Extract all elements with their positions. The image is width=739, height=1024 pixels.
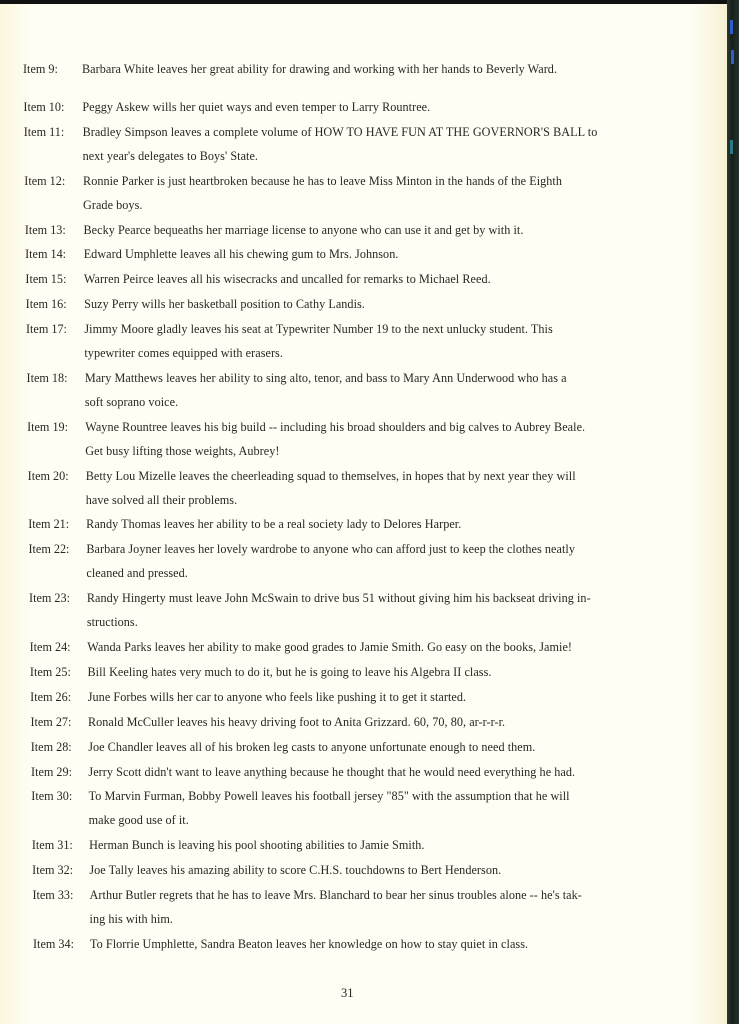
item-text-line: Randy Hingerty must leave John McSwain t… xyxy=(87,591,591,606)
item-text-line: Ronnie Parker is just heartbroken becaus… xyxy=(83,174,562,189)
item-text-line: Bill Keeling hates very much to do it, b… xyxy=(88,665,492,680)
item-number-label: Item 19: xyxy=(27,420,68,435)
item-text-line: Wayne Rountree leaves his big build -- i… xyxy=(85,420,585,435)
item-text-line: make good use of it. xyxy=(89,813,189,828)
item-text-line: Herman Bunch is leaving his pool shootin… xyxy=(89,838,424,853)
item-text-line: next year's delegates to Boys' State. xyxy=(83,149,258,164)
item-text-line: typewriter comes equipped with erasers. xyxy=(84,346,283,361)
item-number-label: Item 9: xyxy=(23,62,58,77)
item-number-label: Item 13: xyxy=(25,223,66,238)
item-number-label: Item 32: xyxy=(32,863,73,878)
item-text-line: Becky Pearce bequeaths her marriage lice… xyxy=(83,223,523,238)
item-number-label: Item 31: xyxy=(32,838,73,853)
item-number-label: Item 29: xyxy=(31,765,72,780)
item-number-label: Item 26: xyxy=(30,690,71,705)
item-text-line: Get busy lifting those weights, Aubrey! xyxy=(85,444,279,459)
item-number-label: Item 17: xyxy=(26,322,67,337)
item-text-line: Betty Lou Mizelle leaves the cheerleadin… xyxy=(86,469,576,484)
item-text-line: Ronald McCuller leaves his heavy driving… xyxy=(88,715,505,730)
item-text-line: Randy Thomas leaves her ability to be a … xyxy=(86,517,461,532)
page-number: 31 xyxy=(341,986,354,1001)
book-binding-edge xyxy=(727,0,739,1024)
item-number-label: Item 21: xyxy=(28,517,69,532)
item-number-label: Item 23: xyxy=(29,591,70,606)
item-text-line: Arthur Butler regrets that he has to lea… xyxy=(90,888,582,903)
item-text-line: Suzy Perry wills her basketball position… xyxy=(84,297,365,312)
item-number-label: Item 20: xyxy=(28,469,69,484)
item-number-label: Item 18: xyxy=(27,371,68,386)
item-text-line: Warren Peirce leaves all his wisecracks … xyxy=(84,272,491,287)
item-text-line: have solved all their problems. xyxy=(86,493,237,508)
item-text-line: Grade boys. xyxy=(83,198,142,213)
item-text-line: soft soprano voice. xyxy=(85,395,178,410)
item-text-line: June Forbes wills her car to anyone who … xyxy=(88,690,466,705)
item-text-line: To Marvin Furman, Bobby Powell leaves hi… xyxy=(89,789,570,804)
item-number-label: Item 22: xyxy=(28,542,69,557)
item-text-line: ing his with him. xyxy=(90,912,173,927)
item-text-line: Barbara White leaves her great ability f… xyxy=(82,62,557,77)
item-number-label: Item 12: xyxy=(24,174,65,189)
item-number-label: Item 28: xyxy=(31,740,72,755)
item-number-label: Item 15: xyxy=(25,272,66,287)
item-number-label: Item 33: xyxy=(32,888,73,903)
item-number-label: Item 14: xyxy=(25,247,66,262)
item-text-line: To Florrie Umphlette, Sandra Beaton leav… xyxy=(90,937,528,952)
item-text-line: structions. xyxy=(87,615,138,630)
yearbook-page: Item 9:Barbara White leaves her great ab… xyxy=(0,4,727,1024)
item-text-line: cleaned and pressed. xyxy=(86,566,188,581)
item-text-line: Joe Tally leaves his amazing ability to … xyxy=(89,863,501,878)
item-number-label: Item 11: xyxy=(24,125,65,140)
item-text-line: Joe Chandler leaves all of his broken le… xyxy=(88,740,535,755)
item-number-label: Item 24: xyxy=(30,640,71,655)
item-text-line: Jerry Scott didn't want to leave anythin… xyxy=(88,765,575,780)
item-text-line: Bradley Simpson leaves a complete volume… xyxy=(83,125,598,140)
item-text-line: Jimmy Moore gladly leaves his seat at Ty… xyxy=(84,322,552,337)
item-number-label: Item 27: xyxy=(30,715,71,730)
item-text-line: Mary Matthews leaves her ability to sing… xyxy=(85,371,567,386)
item-text-line: Edward Umphlette leaves all his chewing … xyxy=(84,247,399,262)
item-number-label: Item 34: xyxy=(33,937,74,952)
item-number-label: Item 30: xyxy=(31,789,72,804)
item-text-line: Peggy Askew wills her quiet ways and eve… xyxy=(82,100,430,115)
item-text-line: Wanda Parks leaves her ability to make g… xyxy=(87,640,572,655)
item-number-label: Item 16: xyxy=(26,297,67,312)
item-number-label: Item 25: xyxy=(30,665,71,680)
item-number-label: Item 10: xyxy=(23,100,64,115)
item-text-line: Barbara Joyner leaves her lovely wardrob… xyxy=(86,542,575,557)
